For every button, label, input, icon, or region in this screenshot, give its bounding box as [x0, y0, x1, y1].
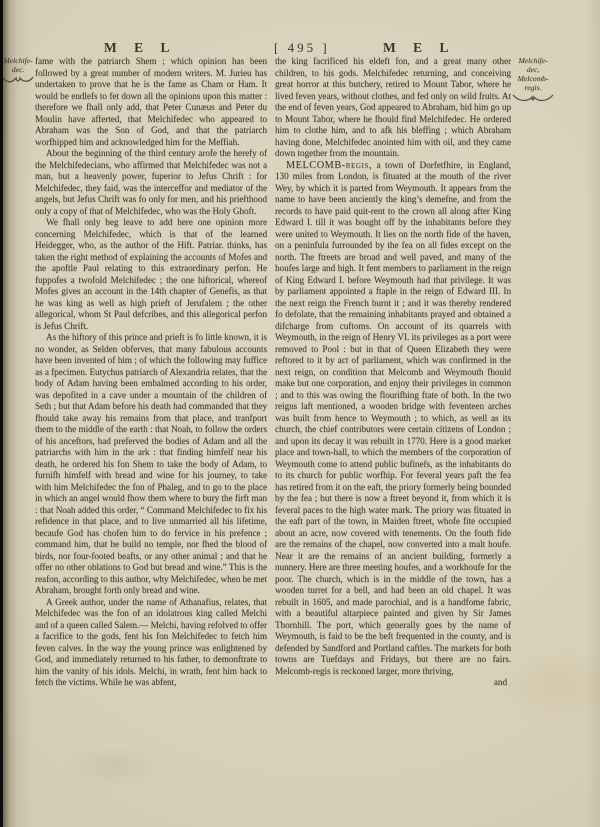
paragraph: We fhall only beg leave to add here one …	[35, 217, 267, 332]
running-head-right: M E L	[383, 40, 456, 56]
right-text-column: the king facrificed his eldeft fon, and …	[275, 56, 511, 689]
left-text-column: fame with the patriarch Shem ; which opi…	[35, 56, 267, 689]
page-number: [ 495 ]	[274, 40, 330, 56]
page-paper: M E L [ 495 ] M E L Melchife- dec. Melch…	[3, 0, 600, 827]
margin-note-line: dec.	[1, 65, 35, 74]
catchword: and	[275, 677, 511, 689]
paragraph-melcomb-regis: MELCOMB-regis, a town of Dorfetfhire, in…	[275, 160, 511, 678]
margin-note-line: Melchife-	[1, 56, 35, 65]
entry-headword: MELCOMB-regis,	[286, 160, 372, 171]
scanned-book-page: { "header": { "left_title": "M E L", "pa…	[0, 0, 600, 827]
margin-note-line: Melchife-	[511, 56, 555, 65]
margin-note-line: Melcomb-	[511, 74, 555, 83]
paragraph: fame with the patriarch Shem ; which opi…	[35, 56, 267, 148]
paragraph: About the beginning of the third century…	[35, 148, 267, 217]
margin-note-line: dec,	[511, 65, 555, 74]
paragraph: As the hiftory of this prince and prieft…	[35, 332, 267, 597]
margin-note-left: Melchife- dec.	[1, 56, 35, 85]
entry-text: a town of Dorfetfhire, in England, 130 m…	[275, 160, 511, 676]
margin-swash-icon	[2, 75, 34, 85]
margin-note-right: Melchife- dec, Melcomb- regis.	[511, 56, 555, 105]
margin-note-line: regis.	[511, 83, 555, 92]
running-head-left: M E L	[104, 40, 177, 56]
paragraph: the king facrificed his eldeft fon, and …	[275, 56, 511, 160]
paragraph: A Greek author, under the name of Athana…	[35, 597, 267, 689]
margin-brace-icon	[512, 93, 554, 105]
